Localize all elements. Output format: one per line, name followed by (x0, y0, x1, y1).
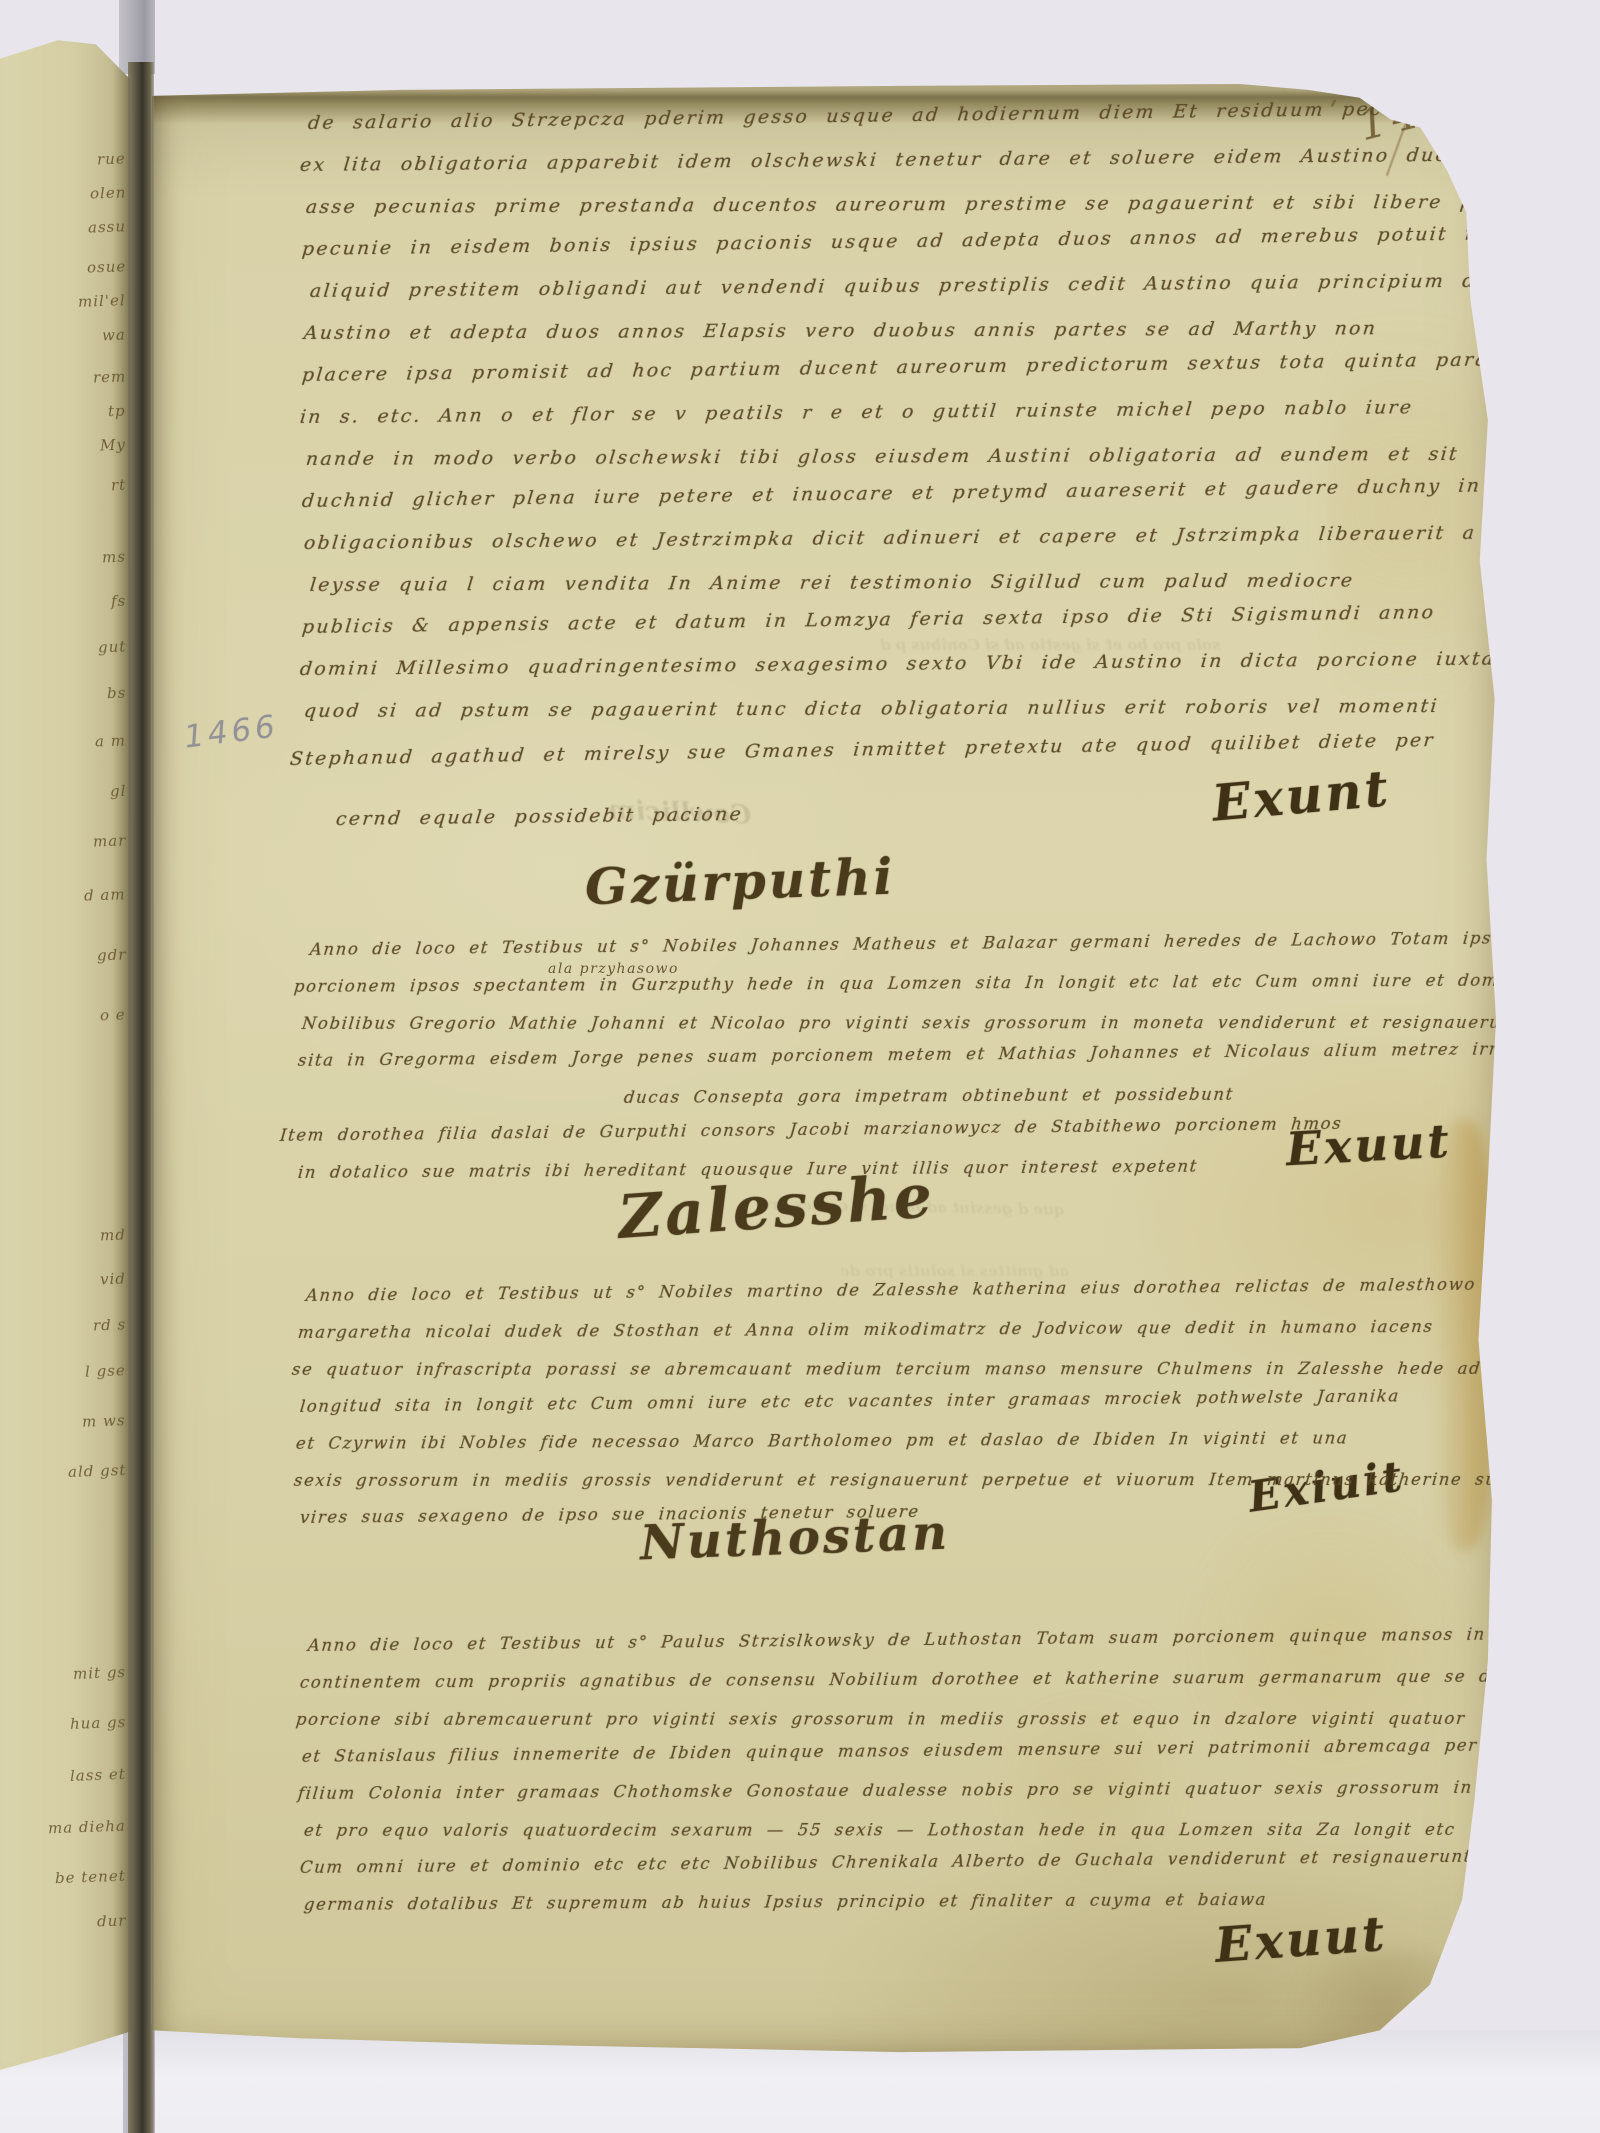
facing-page-line-fragment: rt (110, 476, 126, 495)
facing-page-line-fragment: hua gs (69, 1713, 126, 1733)
manuscript-line-p4: continentem cum propriis agnatibus de co… (299, 1666, 1500, 1692)
facing-page-line-fragment: rd s (92, 1315, 126, 1334)
manuscript-line-p3: margaretha nicolai dudek de Stosthan et … (297, 1317, 1434, 1342)
facing-page-edge-strip: rueolenassuosuemil'elwaremtpMyrtmsfsgutb… (0, 30, 132, 2076)
manuscript-line-p1: pecunie in eisdem bonis ipsius pacionis … (301, 222, 1500, 260)
facing-page-line-fragment: gut (97, 638, 126, 657)
manuscript-line-p1: nande in modo verbo olschewski tibi glos… (305, 443, 1460, 470)
manuscript-line-p4: germanis dotalibus Et supremum ab huius … (303, 1890, 1268, 1914)
facing-page-line-fragment: m ws (82, 1411, 126, 1431)
manuscript-line-p1: Austino et adepta duos annos Elapsis ver… (303, 317, 1378, 344)
manuscript-line-p3: et Czyrwin ibi Nobles fide necessao Marc… (295, 1428, 1349, 1453)
bleed-through-text: ad gmittes si solutis pro de (840, 1262, 1069, 1280)
manuscript-line-p1: quod si ad pstum se pagauerint tunc dict… (303, 695, 1440, 722)
manuscript-line-p1: aliquid prestitem obligandi aut vendendi… (309, 270, 1491, 302)
manuscript-line-p1: publicis & appensis acte et datum in Lom… (301, 601, 1436, 638)
facing-page-line-fragment: mit gs (73, 1663, 127, 1683)
facing-page-line-fragment: ma dieha (48, 1817, 126, 1838)
facing-page-line-fragment: o e (100, 1006, 126, 1025)
manuscript-line-p2: Anno die loco et Testibus ut s° Nobiles … (309, 928, 1500, 959)
facing-page-line-fragment: osue (86, 257, 126, 276)
exit-mark: Exunt (1210, 758, 1393, 832)
manuscript-line-p2: ducas Consepta gora impetram obtinebunt … (623, 1085, 1235, 1107)
manuscript-page: ʹ 145. 1466 ala przyhasowo Gzürputhi Zal… (150, 80, 1500, 2058)
facing-page-line-fragment: a m (95, 731, 127, 750)
facing-page-line-fragment: be tenet (55, 1867, 126, 1887)
facing-page-line-fragment: vid (100, 1270, 126, 1289)
manuscript-line-p4: filium Colonia inter gramaas Chothomske … (297, 1777, 1500, 1803)
manuscript-line-p2: porcionem ipsos spectantem in Gurzputhy … (293, 970, 1500, 996)
facing-page-line-fragment: olen (89, 183, 126, 202)
facing-page-line-fragment: fs (110, 592, 126, 611)
facing-page-line-fragment: lass et (70, 1765, 126, 1785)
manuscript-line-p1: asse pecunias prime prestanda ducentos a… (305, 191, 1499, 218)
manuscript-line-p1: obligacionibus olschewo et Jestrzimpka d… (303, 522, 1477, 554)
manuscript-line-p1_tail: Stephanud agathud et mirelsy sue Gmanes … (289, 729, 1436, 770)
facing-page-line-fragment: dur (96, 1911, 126, 1930)
facing-page-line-fragment: tp (108, 402, 126, 421)
facing-page-line-fragment: mil'el (78, 291, 126, 311)
facing-page-line-fragment: md (100, 1226, 126, 1245)
manuscript-line-p1: leysse quia l ciam vendita In Anime rei … (309, 569, 1356, 596)
facing-page-line-fragment: My (100, 436, 126, 455)
manuscript-line-p3: sexis grossorum in mediis grossis vendid… (293, 1470, 1500, 1490)
facing-page-line-fragment: rue (97, 150, 126, 169)
binding-gutter (128, 62, 154, 2133)
manuscript-line-p4: Cum omni iure et dominio etc etc etc Nob… (299, 1847, 1473, 1877)
manuscript-line-p4: et Stanislaus filius innemerite de Ibide… (301, 1736, 1479, 1766)
manuscript-line-p2_item: in dotalico sue matris ibi hereditant qu… (297, 1157, 1199, 1182)
manuscript-line-p4: et pro equo valoris quatuordecim sexarum… (303, 1820, 1457, 1840)
facing-page-line-fragment: mar (92, 831, 126, 850)
section-heading-gzurputhi: Gzürputhi (584, 847, 896, 917)
facing-page-line-fragment: gl (109, 782, 126, 801)
facing-page-line-fragment: d am (84, 885, 126, 904)
facing-page-line-fragment: ms (102, 548, 127, 567)
facing-page-line-fragment: rem (92, 367, 126, 386)
manuscript-line-p4: porcione sibi abremcauerunt pro viginti … (295, 1709, 1467, 1729)
manuscript-line-p1: in s. etc. Ann o et flor se v peatils r … (299, 396, 1414, 428)
manuscript-line-p1: ex lita obligatoria apparebit idem olsch… (299, 144, 1492, 176)
photo-backdrop: { "photo": { "backdrop_color": "#e8e6ec"… (0, 0, 1600, 2133)
manuscript-line-p2: Nobilibus Gregorio Mathie Johanni et Nic… (301, 1013, 1500, 1033)
manuscript-line-p2: sita in Gregorma eisdem Jorge penes suam… (297, 1039, 1500, 1070)
facing-page-line-fragment: assu (88, 217, 127, 236)
facing-page-line-fragment: bs (106, 684, 126, 703)
manuscript-line-p1: placere ipsa promisit ad hoc partium duc… (301, 348, 1500, 386)
manuscript-line-p2_item: Item dorothea filia daslai de Gurputhi c… (279, 1114, 1343, 1145)
manuscript-line-p3: longitud sita in longit etc Cum omni iur… (299, 1386, 1401, 1416)
facing-page-line-fragment: wa (102, 326, 126, 345)
bleed-through-text: Cowllicim (608, 796, 752, 831)
bleed-through-text: sola pro bo et si gestio ad si Conibus p… (880, 636, 1220, 654)
exit-mark: Exuut (1213, 1906, 1389, 1974)
margin-year-pencil-note: 1466 (182, 708, 281, 755)
manuscript-line-p1: duchnid glicher plena iure petere et inu… (301, 474, 1500, 512)
facing-page-line-fragment: gdr (96, 945, 126, 964)
manuscript-line-p4: Anno die loco et Testibus ut s° Paulus S… (307, 1624, 1500, 1655)
manuscript-line-p3: se quatuor infrascripta porassi se abrem… (291, 1359, 1500, 1379)
facing-page-line-fragment: l gse (85, 1361, 126, 1380)
facing-page-line-fragment: ald gst (67, 1461, 126, 1481)
